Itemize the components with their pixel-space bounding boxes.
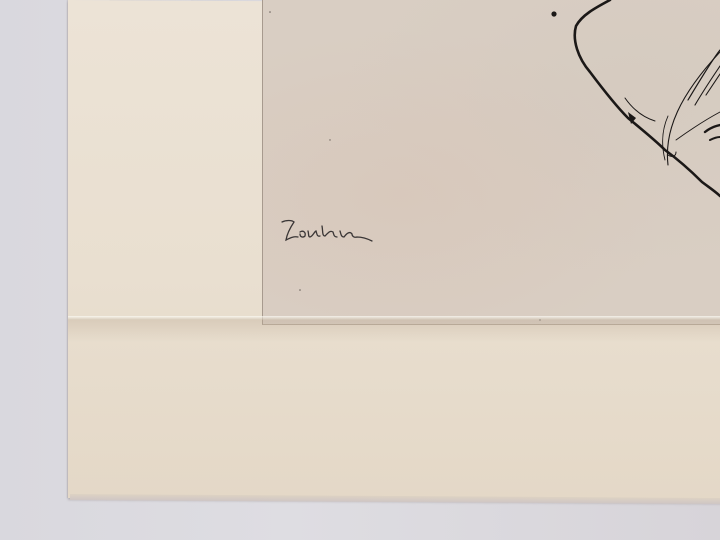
ink-sketch bbox=[0, 0, 720, 540]
